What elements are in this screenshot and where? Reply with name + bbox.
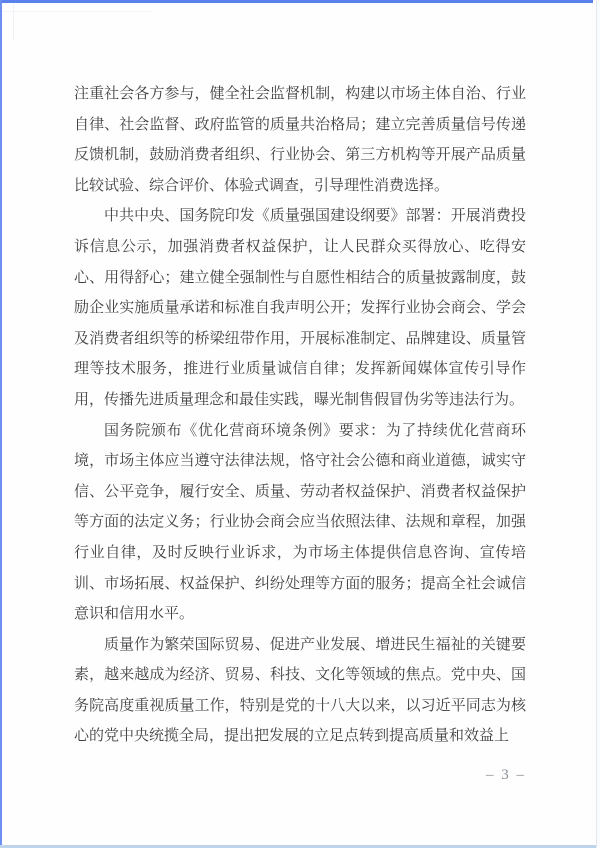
- scan-page-edge-vertical: [13, 3, 14, 41]
- scan-page-edge-horizontal: [3, 11, 153, 12]
- document-body: 注重社会各方参与，健全社会监督机制，构建以市场主体自治、行业自律、社会监督、政府…: [74, 79, 526, 752]
- paragraph-4: 质量作为繁荣国际贸易、促进产业发展、增进民生福祉的关键要素，越来越成为经济、贸易…: [74, 630, 526, 752]
- page-border-left: [0, 0, 2, 848]
- page-number: – 3 –: [74, 767, 526, 784]
- paragraph-2: 中共中央、国务院印发《质量强国建设纲要》部署：开展消费投诉信息公示，加强消费者权…: [74, 201, 526, 415]
- paragraph-1: 注重社会各方参与，健全社会监督机制，构建以市场主体自治、行业自律、社会监督、政府…: [74, 79, 526, 201]
- page-border-top: [0, 0, 593, 3]
- scanned-document-page: 注重社会各方参与，健全社会监督机制，构建以市场主体自治、行业自律、社会监督、政府…: [0, 0, 600, 848]
- paragraph-3: 国务院颁布《优化营商环境条例》要求：为了持续优化营商环境，市场主体应当遵守法律法…: [74, 416, 526, 630]
